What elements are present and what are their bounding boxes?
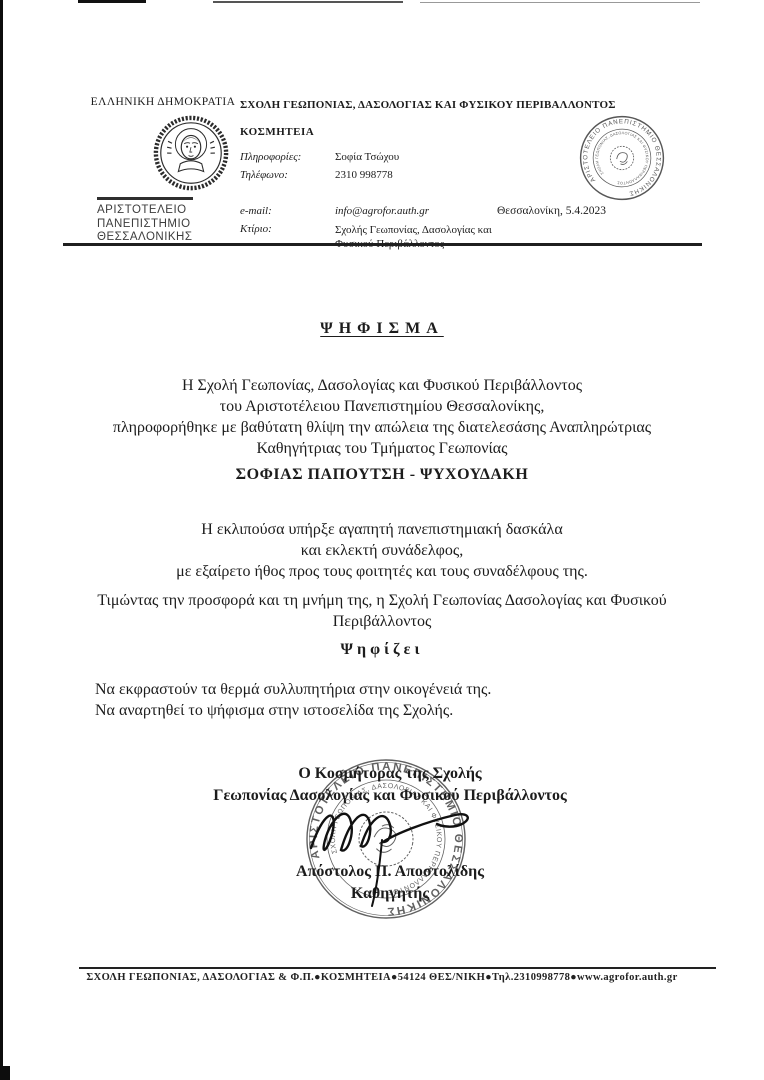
- resolution-item: Να εκφραστούν τα θερμά συλλυπητήρια στην…: [95, 679, 675, 700]
- scan-edge-artifact: [0, 1066, 10, 1080]
- contact-building-label: Κτίριο:: [240, 223, 272, 235]
- republic-heading: ΕΛΛΗΝΙΚΗ ΔΗΜΟΚΡΑΤΙΑ: [88, 96, 238, 108]
- paragraph-tribute: Η εκλιπούσα υπήρξε αγαπητή πανεπιστημιακ…: [70, 519, 694, 582]
- paragraph-honoring: Τιμώντας την προσφορά και τη μνήμη της, …: [70, 590, 694, 632]
- paragraph-intro: Η Σχολή Γεωπονίας, Δασολογίας και Φυσικο…: [70, 375, 694, 459]
- school-name: ΣΧΟΛΗ ΓΕΩΠΟΝΙΑΣ, ΔΑΣΟΛΟΓΙΑΣ ΚΑΙ ΦΥΣΙΚΟΥ …: [240, 99, 620, 111]
- header-divider: [97, 197, 193, 200]
- signature-icon: [303, 792, 483, 917]
- footer-text: ΣΧΟΛΗ ΓΕΩΠΟΝΙΑΣ, ΔΑΣΟΛΟΓΙΑΣ & Φ.Π.●ΚΟΣΜΗ…: [40, 972, 724, 983]
- footer-rule: [79, 967, 716, 969]
- deceased-name: ΣΟΦΙΑΣ ΠΑΠΟΥΤΣΗ - ΨΥΧΟΥΔΑΚΗ: [70, 466, 694, 484]
- header-rule: [63, 243, 702, 246]
- document-title: ΨΗΦΙΣΜΑ: [70, 320, 694, 338]
- svg-text:ΑΡΙΣΤΟΤΕΛΕΙΟ ΠΑΝΕΠΙΣΤΗΜΙΟ ΘΕΣΣ: ΑΡΙΣΤΟΤΕΛΕΙΟ ΠΑΝΕΠΙΣΤΗΜΙΟ ΘΕΣΣΑΛΟΝΙΚΗΣ: [569, 105, 676, 212]
- round-stamp-icon: ΑΡΙΣΤΟΤΕΛΕΙΟ ΠΑΝΕΠΙΣΤΗΜΙΟ ΘΕΣΣΑΛΟΝΙΚΗΣ Σ…: [569, 105, 676, 212]
- scan-edge-artifact: [0, 0, 3, 1080]
- university-name: ΑΡΙΣΤΟΤΕΛΕΙΟ ΠΑΝΕΠΙΣΤΗΜΙΟ ΘΕΣΣΑΛΟΝΙΚΗΣ: [97, 204, 227, 245]
- scan-edge-artifact: [78, 0, 146, 3]
- contact-phone-label: Τηλέφωνο:: [240, 169, 288, 181]
- contact-email-value: info@agrofor.auth.gr: [335, 205, 429, 217]
- contact-info-label: Πληροφορίες:: [240, 151, 301, 163]
- office-name: ΚΟΣΜΗΤΕΙΑ: [240, 126, 314, 138]
- contact-info-value: Σοφία Τσώχου: [335, 151, 399, 163]
- votes-heading: Ψηφίζει: [70, 641, 694, 659]
- scan-edge-artifact: [420, 2, 700, 3]
- resolution-list: Να εκφραστούν τα θερμά συλλυπητήρια στην…: [95, 679, 675, 721]
- resolution-item: Να αναρτηθεί το ψήφισμα στην ιστοσελίδα …: [95, 700, 675, 721]
- scan-edge-artifact: [213, 1, 403, 3]
- university-emblem-icon: [152, 112, 230, 196]
- document-page: ΕΛΛΗΝΙΚΗ ΔΗΜΟΚΡΑΤΙΑ ΑΡΙΣΤΟΤΕΛΕΙΟ ΠΑΝΕΠΙΣ…: [0, 0, 764, 1080]
- contact-email-label: e-mail:: [240, 205, 272, 217]
- contact-phone-value: 2310 998778: [335, 169, 393, 181]
- contact-building-value: Σχολής Γεωπονίας, Δασολογίας και Φυσικού…: [335, 223, 515, 251]
